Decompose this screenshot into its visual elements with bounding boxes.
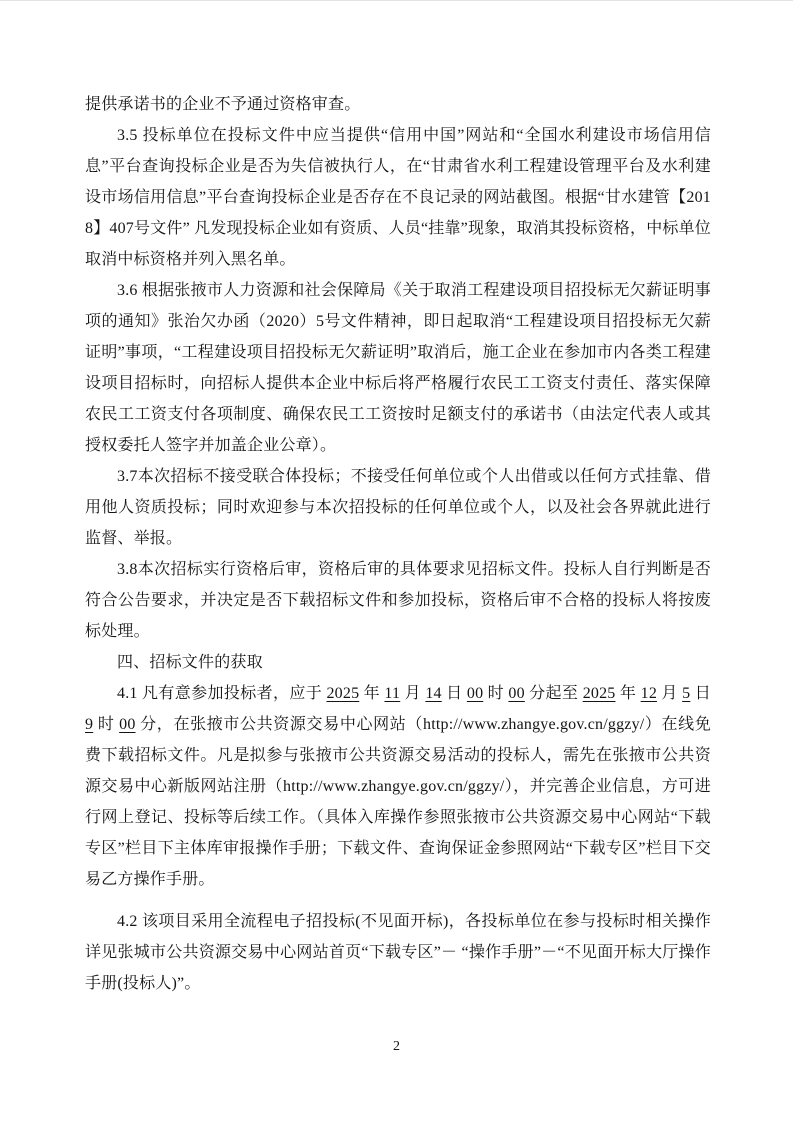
- text-run: 年: [359, 685, 384, 702]
- text-run: 3.8本次招标实行资格后审，资格后审的具体要求见招标文件。投标人自行判断是否符合…: [85, 561, 711, 640]
- para-3-8-post-qualification: 3.8本次招标实行资格后审，资格后审的具体要求见招标文件。投标人自行判断是否符合…: [85, 554, 711, 647]
- text-run: 提供承诺书的企业不予通过资格审查。: [85, 96, 360, 113]
- text-run: 日: [442, 685, 467, 702]
- underlined-value: 12: [641, 685, 657, 702]
- document-page: 提供承诺书的企业不予通过资格审查。3.5 投标单位在投标文件中应当提供“信用中国…: [0, 0, 793, 1122]
- para-4-2-electronic-bidding: 4.2 该项目采用全流程电子招投标(不见面开标)，各投标单位在参与投标时相关操作…: [85, 906, 711, 999]
- text-run: 四、招标文件的获取: [117, 654, 263, 671]
- underlined-value: 00: [467, 685, 483, 702]
- underlined-value: 00: [508, 685, 524, 702]
- para-qualification-review-continuation: 提供承诺书的企业不予通过资格审查。: [85, 89, 711, 120]
- text-run: 月: [400, 685, 425, 702]
- text-run: 日: [690, 685, 711, 702]
- underlined-value: 2025: [326, 685, 359, 702]
- underlined-value: 2025: [583, 685, 616, 702]
- page-number: 2: [0, 1037, 793, 1057]
- underlined-value: 00: [119, 716, 135, 733]
- text-run: 3.6 根据张掖市人力资源和社会保障局《关于取消工程建设项目招投标无欠薪证明事项…: [85, 282, 711, 454]
- text-run: 分起至: [525, 685, 583, 702]
- underlined-value: 11: [384, 685, 400, 702]
- text-run: 3.5 投标单位在投标文件中应当提供“信用中国”网站和“全国水利建设市场信用信息…: [85, 127, 711, 268]
- para-3-6-wage-certificate: 3.6 根据张掖市人力资源和社会保障局《关于取消工程建设项目招投标无欠薪证明事项…: [85, 275, 711, 461]
- para-3-5-credit-check: 3.5 投标单位在投标文件中应当提供“信用中国”网站和“全国水利建设市场信用信息…: [85, 120, 711, 275]
- underlined-value: 14: [425, 685, 441, 702]
- text-run: 年: [616, 685, 641, 702]
- text-run: 4.1 凡有意参加投标者，应于: [117, 685, 326, 702]
- text-run: 分，在张掖市公共资源交易中心网站（http://www.zhangye.gov.…: [85, 716, 711, 888]
- underlined-value: 9: [85, 716, 93, 733]
- para-4-1-download-period: 4.1 凡有意参加投标者，应于 2025 年 11 月 14 日 00 时 00…: [85, 678, 711, 895]
- document-body: 提供承诺书的企业不予通过资格审查。3.5 投标单位在投标文件中应当提供“信用中国…: [85, 89, 711, 999]
- text-run: 3.7本次招标不接受联合体投标；不接受任何单位或个人出借或以任何方式挂靠、借用他…: [85, 468, 711, 547]
- heading-section-4-document-acquisition: 四、招标文件的获取: [85, 647, 711, 678]
- text-run: 4.2 该项目采用全流程电子招投标(不见面开标)，各投标单位在参与投标时相关操作…: [85, 913, 711, 992]
- text-run: 时: [93, 716, 119, 733]
- text-run: 时: [483, 685, 508, 702]
- para-3-7-no-consortium: 3.7本次招标不接受联合体投标；不接受任何单位或个人出借或以任何方式挂靠、借用他…: [85, 461, 711, 554]
- text-run: 月: [657, 685, 682, 702]
